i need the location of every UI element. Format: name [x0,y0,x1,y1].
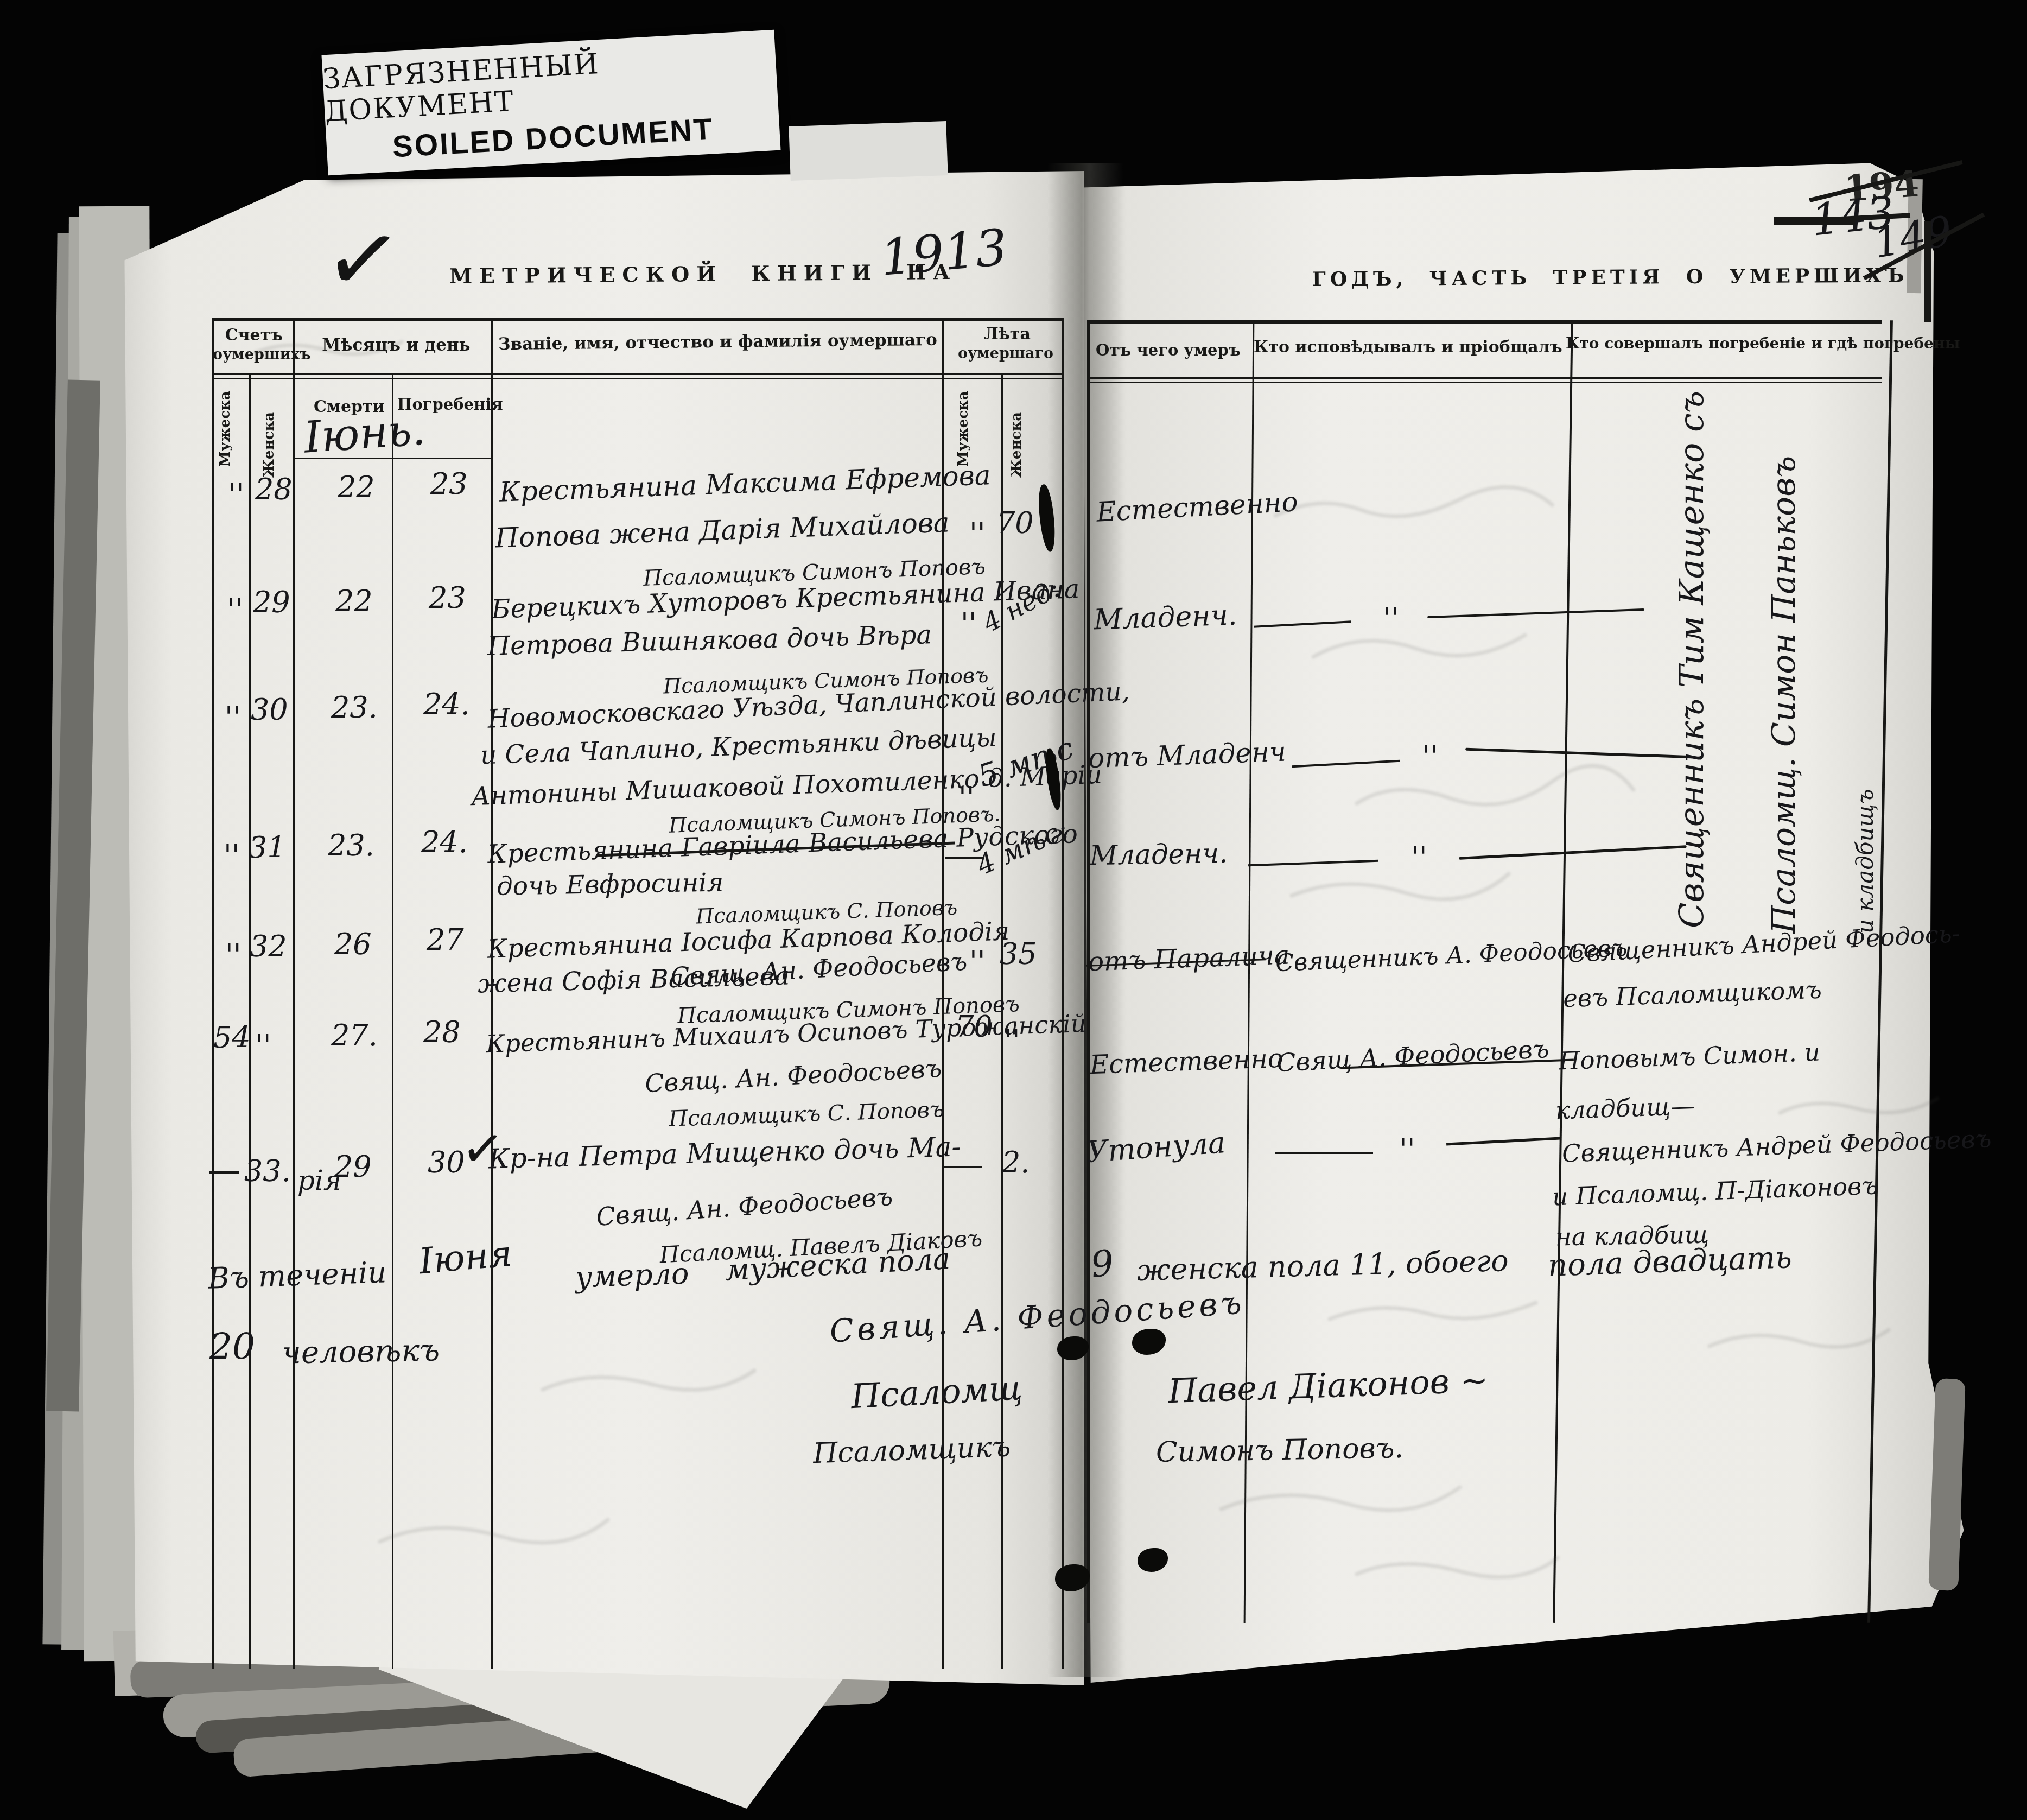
row-burial-day: 24. [421,825,468,859]
row-death-day: 27. [331,1018,378,1052]
signature: Псаломщикъ [812,1431,1011,1470]
col-header-age-male: Мужеска [955,385,971,467]
row-death-day: 26 [334,927,372,961]
ditto-mark: '' [1399,1132,1415,1166]
row-burial-day: 28 [423,1015,461,1049]
table-rule [1087,377,1882,379]
row-age-female: 35 [1000,937,1037,971]
col-header-confessor: Кто исповѣдывалъ и пріобщалъ [1254,338,1560,357]
vertical-clergy-note: Псаломщ. Симон Паньковъ [1765,413,1803,934]
col-header-burial-who: Кто совершалъ погребеніе и гдѣ погребены [1566,334,1880,352]
row-death-day: 22 [335,584,373,618]
summary-text: Іюня [417,1233,513,1283]
row-female-count: 33. [244,1154,291,1188]
row-male-count: 54 [213,1020,251,1055]
col-header-age-female: Женска [1008,396,1025,478]
checkmark-large: ✓ [317,201,409,319]
table-border [212,318,1063,321]
row-female-count: 31 [249,830,286,865]
soiled-document-label: ЗАГРЯЗНЕННЫЙ ДОКУМЕНТ SOILED DOCUMENT [321,30,780,175]
row-name-continuation: рія [297,1165,341,1196]
vertical-clergy-note: Священникъ Тим Кащенко съ [1672,380,1711,928]
row-burial-day: 23 [429,581,466,615]
row-age-female: 2. [1002,1145,1030,1179]
row-cause: Младенч. [1093,599,1237,636]
ditto-mark: '' [1383,601,1399,636]
table-rule [212,378,1063,379]
row-age-male: '' [969,517,986,551]
summary-text: умерло [575,1256,690,1294]
year-handwritten: 1913 [878,218,1010,287]
table-rule-vertical [1062,318,1064,1669]
row-male-count: '' [224,839,240,873]
row-burial-day: 27 [427,923,464,957]
month-heading-script: Іюнь. [302,404,427,462]
col-header-male: Мужеска [217,385,233,467]
row-age-male: '' [969,944,986,979]
row-age-female: '' [1004,1024,1020,1058]
table-border [1087,320,1882,324]
row-cause: Младенч. [1090,838,1228,871]
row-death-day: 22 [338,470,375,504]
row-death-day: 23. [331,690,378,725]
col-header-cause: Отъ чего умеръ [1088,341,1248,359]
row-female-count: 29 [253,585,290,619]
ditto-mark: '' [1422,739,1438,773]
ditto-dash [209,1171,239,1174]
ditto-dash [944,1166,982,1168]
row-burial-day: 24. [423,687,470,721]
page-tab [789,121,948,181]
row-age-female: 70 [996,506,1034,540]
row-age-male: '' [961,607,977,641]
summary-text: Въ теченіи [207,1255,387,1295]
row-burial-clergy: кладбищ— [1555,1092,1695,1125]
row-female-count: 28 [255,472,293,506]
summary-count-word: человѣкъ [282,1333,440,1371]
col-header-count: Счетъ [218,326,290,345]
col-header-female: Женска [261,396,277,478]
table-rule [212,373,1063,375]
signature: Симонъ Поповъ. [1156,1432,1404,1469]
vertical-clergy-note: и кладбищъ [1852,700,1878,934]
scanned-metrical-book-photo: ЗАГРЯЗНЕННЫЙ ДОКУМЕНТ SOILED DOCUMENT 19… [0,0,2027,1820]
ditto-dash [1275,1152,1373,1154]
col-header-age: Лѣта [954,325,1060,344]
col-header-age2: оумершаго [950,345,1062,362]
row-male-count: '' [228,478,244,512]
row-male-count: '' [227,593,243,627]
col-header-month-day: Мѣсяцъ и день [304,335,488,355]
row-male-count: '' [225,700,241,734]
row-name: дочь Евфросинія [497,867,724,901]
row-female-count: 30 [251,693,288,727]
table-rule-vertical [392,375,393,1669]
row-male-count: '' [225,938,242,972]
ditto-mark: '' [1411,840,1427,874]
edge-mark [1774,217,1855,225]
row-female-count: '' [255,1029,271,1063]
row-death-day: 23. [328,828,374,863]
row-age-male: 70 [955,1010,993,1044]
summary-count: 20 [209,1326,255,1367]
edge-mark [1924,221,1931,322]
row-burial-day: 23 [430,467,468,501]
table-rule-vertical [293,318,295,1669]
row-female-count: 32 [250,929,287,963]
summary-text: 9 [1089,1242,1116,1286]
right-page-title: ГОДЪ, ЧАСТЬ ТРЕТІЯ О УМЕРШИХЪ [1312,264,1909,291]
book-fold-shadow [1047,163,1123,1677]
col-header-count2: оумершихъ [213,346,295,363]
table-rule [1087,382,1882,383]
table-rule-vertical [212,318,214,1669]
